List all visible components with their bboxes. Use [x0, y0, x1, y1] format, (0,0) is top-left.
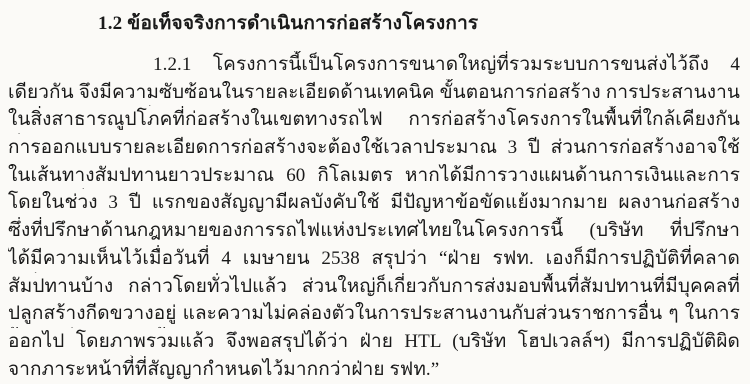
text-line: เดียวกัน จึงมีความซับซ้อนในรายละเอียดด้า…	[8, 79, 740, 107]
text-line: ออกไป โดยภาพรวมแล้ว จึงพอสรุปได้ว่า ฝ่าย…	[8, 328, 740, 356]
text-line: สัมปทานบ้าง กล่าวโดยทั่วไปแล้ว ส่วนใหญ่ก…	[8, 273, 740, 301]
text-line: ซึ่งที่ปรึกษาด้านกฎหมายของการรถไฟแห่งประ…	[8, 217, 740, 245]
text-line: ได้มีความเห็นไว้เมื่อวันที่ 4 เมษายน 253…	[8, 245, 740, 273]
text-line: การออกแบบรายละเอียดการก่อสร้างจะต้องใช้เ…	[8, 134, 740, 162]
text-line: ในสิ่งสาธารณูปโภคที่ก่อสร้างในเขตทางรถไฟ…	[8, 106, 740, 134]
text-line: 1.2.1 โครงการนี้เป็นโครงการขนาดใหญ่ที่รว…	[8, 51, 740, 79]
text-line: จากภาระหน้าที่ที่สัญญากำหนดไว้มากกว่าฝ่า…	[8, 356, 740, 384]
text-line: โดยในช่วง 3 ปี แรกของสัญญามีผลบังคับใช้ …	[8, 189, 740, 217]
document-page: 1.2 ข้อเท็จจริงการดำเนินการก่อสร้างโครงก…	[0, 0, 750, 384]
section-heading: 1.2 ข้อเท็จจริงการดำเนินการก่อสร้างโครงก…	[98, 11, 738, 37]
text-line: ปลูกสร้างกีดขวางอยู่ และความไม่คล่องตัวใ…	[8, 300, 740, 328]
paragraph-1-2-1: 1.2.1 โครงการนี้เป็นโครงการขนาดใหญ่ที่รว…	[0, 51, 750, 383]
text-line: ในเส้นทางสัมปทานยาวประมาณ 60 กิโลเมตร หา…	[8, 162, 740, 190]
